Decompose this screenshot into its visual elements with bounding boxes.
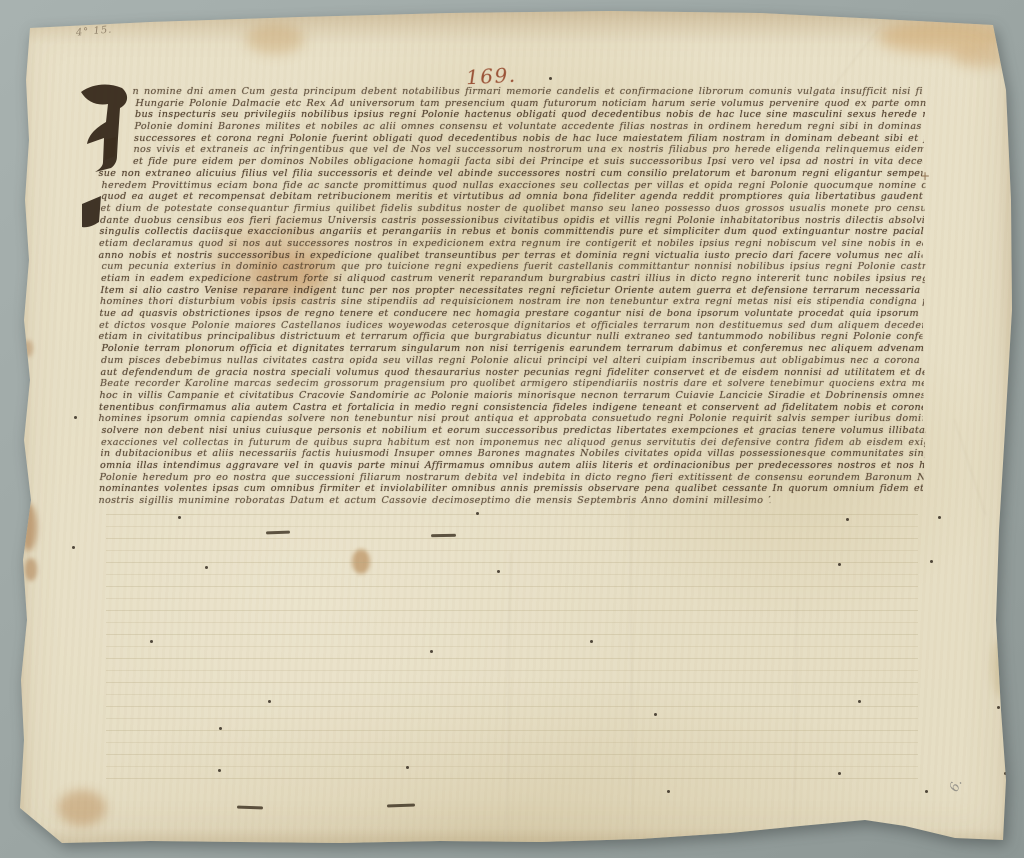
- wormhole: [838, 563, 841, 566]
- manuscript-line: anno nobis et nostris successoribus in e…: [99, 250, 923, 262]
- seal-slit: [431, 534, 456, 537]
- wormhole: [549, 77, 552, 80]
- manuscript-line: aut defendendum de gracia nostra special…: [101, 367, 925, 379]
- wormhole: [150, 640, 153, 643]
- ruled-line: [106, 586, 918, 587]
- ruled-line: [106, 538, 918, 539]
- manuscript-line: heredem Provittimus eciam bona fide ac s…: [102, 180, 926, 192]
- wormhole: [178, 516, 181, 519]
- stain: [58, 790, 106, 826]
- ruled-line: [106, 766, 918, 767]
- manuscript-line: dum pisces debebimus nullas civitates ca…: [101, 355, 925, 367]
- manuscript-line: nominantes volentes ipsas cum omnibus fi…: [99, 483, 923, 495]
- wormhole: [497, 570, 500, 573]
- manuscript-line: Item si alio castro Venise reparare indi…: [101, 285, 925, 297]
- stain: [246, 24, 304, 54]
- manuscript-line: Beate recorder Karoline marcas sedecim g…: [100, 378, 924, 390]
- ruled-line: [106, 562, 918, 563]
- wormhole: [925, 790, 928, 793]
- stain: [992, 636, 1012, 698]
- manuscript-line: Polonie heredum pro eo nostra que succes…: [100, 472, 924, 484]
- wormhole: [74, 416, 77, 419]
- manuscript-line: Polonie terram plonorum officia et digni…: [102, 343, 926, 355]
- wormhole: [590, 640, 593, 643]
- manuscript-line: nostris sigillis munimine roboratas Datu…: [99, 495, 771, 507]
- ruled-line: [106, 778, 918, 779]
- manuscript-line: Hungarie Polonie Dalmacie etc Rex Ad uni…: [102, 98, 926, 110]
- manuscript-line: exacciones vel collectas in futurum de q…: [101, 437, 925, 449]
- ruled-line: [106, 730, 918, 731]
- seal-slit: [237, 806, 263, 810]
- wormhole: [476, 512, 479, 515]
- manuscript-line: et fide pure eidem per dominos Nobiles o…: [99, 156, 923, 168]
- fold-crease: [505, 552, 511, 844]
- wormhole: [1004, 772, 1007, 775]
- wormhole: [938, 516, 941, 519]
- wormhole: [858, 700, 861, 703]
- manuscript-line: quod ea auget et recompensat debitam ret…: [101, 191, 925, 203]
- manuscript-line: homines thori disturbium vobis ipsis cas…: [100, 296, 924, 308]
- stain: [952, 46, 1014, 68]
- pencil-number-mark: 6.: [947, 777, 966, 795]
- manuscript-line: etiam in eadem expedicione castrum forte…: [101, 273, 925, 285]
- manuscript-line: bus inspecturis seu privilegiis nobilibu…: [101, 109, 925, 121]
- stain: [25, 558, 37, 581]
- fold-crease: [952, 420, 986, 516]
- manuscript-line: dante duobus censibus eos fieri faciemus…: [100, 215, 924, 227]
- manuscript-line: etiam in civitatibus principalibus distr…: [99, 331, 923, 343]
- manuscript-line: cum pecunia exterius in dominio castroru…: [102, 261, 926, 273]
- ruled-line: [106, 754, 918, 755]
- manuscript-line: et dium de potestate consequantur firmiu…: [101, 203, 925, 215]
- ruled-line: [106, 514, 918, 515]
- parchment-right-edge-tone: [998, 0, 1024, 858]
- manuscript-line: singulis collectis daciisque exaccionibu…: [100, 226, 924, 238]
- manuscript-line: Polonie domini Barones milites et nobile…: [101, 121, 925, 133]
- wormhole: [406, 766, 409, 769]
- parchment-left-edge-tone: [0, 0, 34, 858]
- wormhole: [72, 546, 75, 549]
- manuscript-line: solvere non debent nisi unius cuiusque p…: [102, 425, 926, 437]
- wormhole: [268, 700, 271, 703]
- wormhole: [667, 790, 670, 793]
- photo-of-charter: 4° 15. 169. n nomine dni amen Cum gesta …: [0, 0, 1024, 858]
- seal-slit: [266, 531, 290, 535]
- manuscript-line: in dubitacionibus et aliis necessariis f…: [101, 448, 925, 460]
- wormhole: [430, 650, 433, 653]
- manuscript-line: hoc in villis Campanie et civitatibus Cr…: [100, 390, 924, 402]
- manuscript-line: successores et corona regni Polonie fuer…: [100, 133, 924, 145]
- parchment-top-edge-tone: [0, 0, 1024, 52]
- parchment-bottom-edge-tone: [0, 828, 1024, 858]
- wormhole: [218, 769, 221, 772]
- manuscript-line: n nomine dni amen Cum gesta principum de…: [99, 86, 923, 98]
- wormhole: [846, 518, 849, 521]
- manuscript-line: nos vivis et extraneis ac infringentibus…: [100, 144, 924, 156]
- stain: [20, 503, 37, 551]
- parchment-sheet: 4° 15. 169. n nomine dni amen Cum gesta …: [0, 0, 1024, 858]
- wormhole: [219, 727, 222, 730]
- ruled-line: [106, 574, 918, 575]
- margin-cross-mark: +: [920, 169, 930, 183]
- manuscript-line: sue non extraneo alicuius filius vel fil…: [99, 168, 923, 180]
- manuscript-line: et dictos vosque Polonie maiores Castell…: [99, 320, 923, 332]
- manuscript-line: homines ipsorum omnia capiendas solvere …: [99, 413, 923, 425]
- parchment-wrap: 4° 15. 169. n nomine dni amen Cum gesta …: [0, 0, 1024, 858]
- ruled-line: [106, 526, 918, 527]
- manuscript-text-block: n nomine dni amen Cum gesta principum de…: [100, 86, 924, 507]
- manuscript-line: omnia illas intendimus aggravare vel in …: [100, 460, 924, 472]
- manuscript-line: tue ad quasvis obstrictiones ipsos de re…: [100, 308, 924, 320]
- wormhole: [205, 566, 208, 569]
- wormhole: [930, 560, 933, 563]
- stain: [23, 340, 33, 357]
- manuscript-line: tenentibus confirmamus alia autem Castra…: [99, 402, 923, 414]
- ruled-line: [106, 742, 918, 743]
- wormhole: [838, 772, 841, 775]
- wormhole: [997, 706, 1000, 709]
- seal-slit: [387, 804, 415, 808]
- ruled-line: [106, 550, 918, 551]
- wormhole: [654, 713, 657, 716]
- manuscript-line: etiam declaramus quod si nos aut success…: [99, 238, 923, 250]
